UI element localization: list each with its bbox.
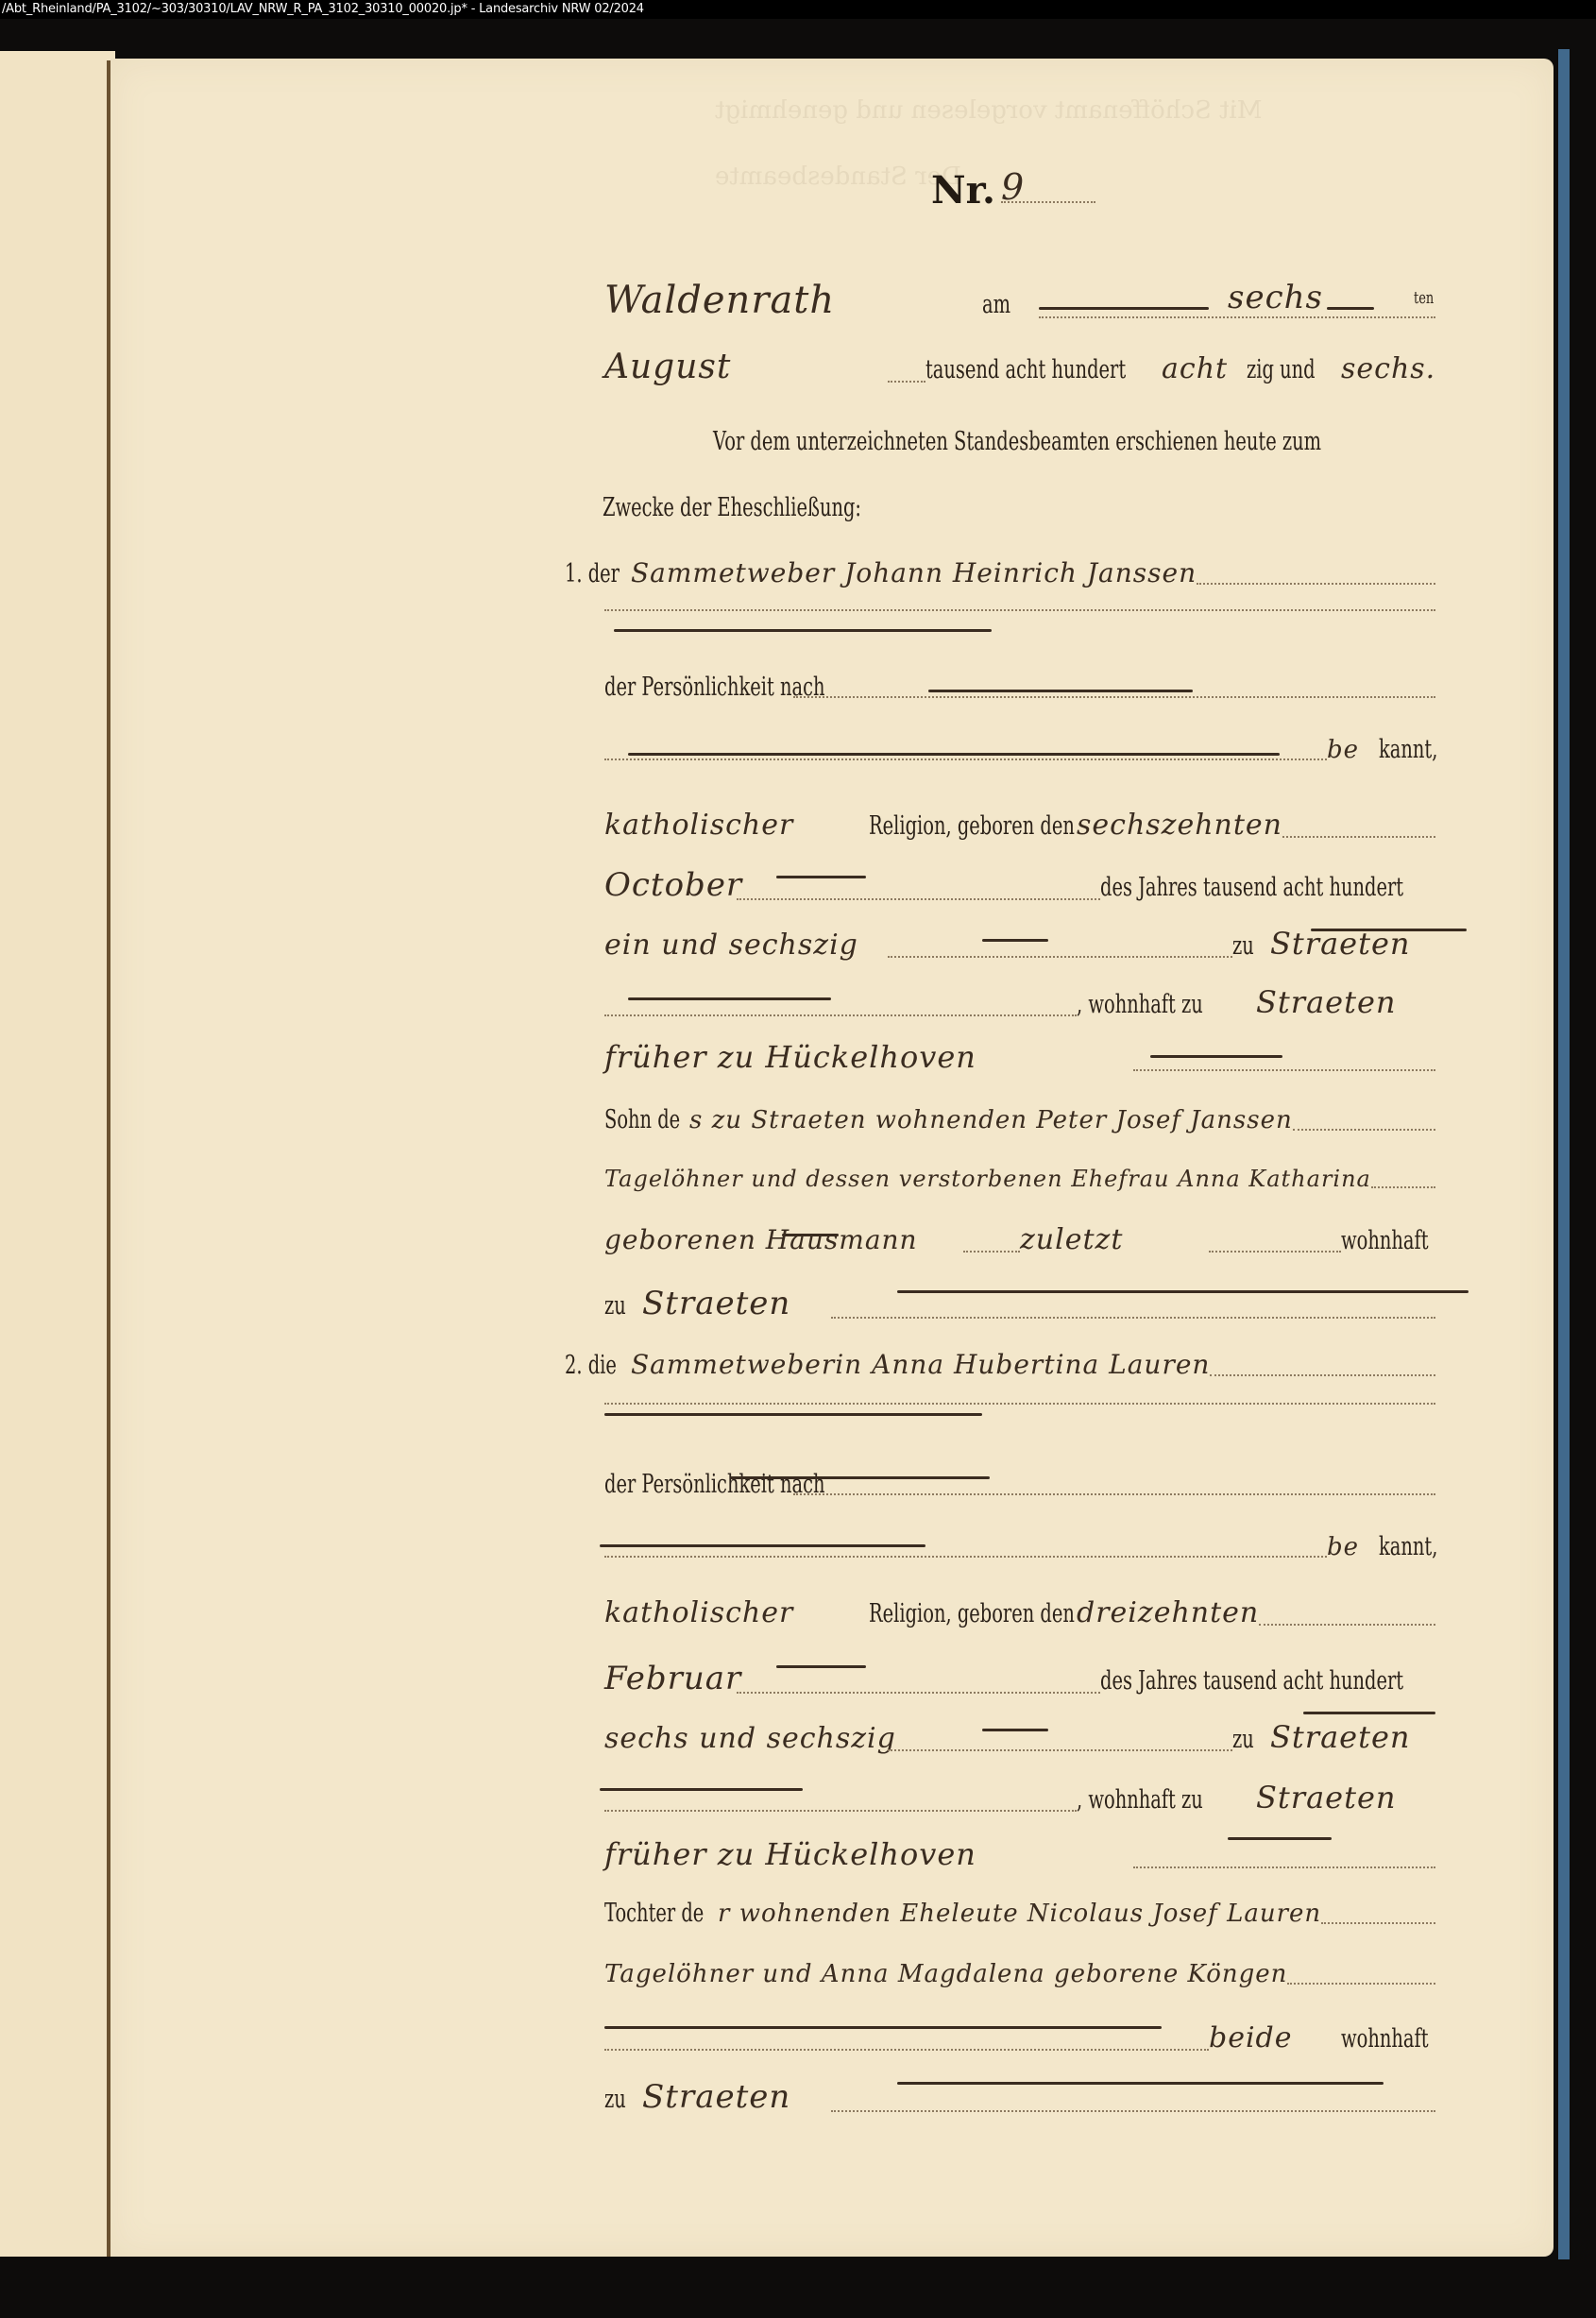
filler-dash	[776, 876, 866, 878]
person-2-religion-line: katholischer Religion, geboren den dreiz…	[604, 1596, 1435, 1629]
known-value: be	[1327, 736, 1379, 764]
dotted-line	[1197, 582, 1435, 585]
parents-residence-value: Straeten	[642, 1285, 831, 1322]
parents-text-2: Tagelöhner und dessen verstorbenen Ehefr…	[604, 1166, 1371, 1192]
birth-year-value: ein und sechszig	[604, 929, 888, 962]
intro-line-1: Vor dem unterzeichneten Standesbeamten e…	[713, 427, 1558, 456]
previous-residence-value: früher zu Hückelhoven	[604, 1039, 1133, 1075]
window-title-bar: /Abt_Rheinland/PA_3102/~303/30310/LAV_NR…	[0, 0, 1596, 19]
person-1-previous-residence-line: früher zu Hückelhoven	[604, 1039, 1435, 1075]
birth-place-value: Straeten	[1270, 1719, 1435, 1755]
day-value: sechs	[1228, 279, 1323, 316]
dotted-line	[1287, 1982, 1435, 1985]
dotted-line	[1209, 1250, 1341, 1253]
person-1-name-line: 1. der Sammetweber Johann Heinrich Janss…	[565, 557, 1435, 588]
dotted-line	[793, 1492, 1435, 1495]
year-unit-value: sechs.	[1341, 352, 1426, 385]
parents-text-1: s zu Straeten wohnenden Peter Josef Jans…	[689, 1106, 1293, 1134]
parents-residence-label: wohnhaft	[1341, 1226, 1409, 1255]
birth-day-value: dreizehnten	[1077, 1596, 1259, 1629]
filler-dash	[600, 1788, 803, 1791]
identity-label: der Persönlichkeit nach	[604, 673, 740, 702]
dotted-line	[888, 380, 925, 383]
dotted-line	[1293, 1128, 1435, 1131]
dotted-line	[604, 1555, 1327, 1558]
dotted-line	[1282, 835, 1435, 838]
filler-dash	[982, 1729, 1048, 1731]
bleed-through-text: Der Standesbeamte	[715, 162, 961, 191]
dotted-line	[831, 2109, 1435, 2112]
parents-status: beide	[1209, 2021, 1341, 2054]
parents-residence-prefix: zu	[604, 2085, 632, 2114]
person-2-parents-line-1: Tochter de r wohnenden Eheleute Nicolaus…	[604, 1899, 1435, 1928]
person-2-residence-line: , wohnhaft zu Straeten	[604, 1780, 1435, 1815]
year-decade-value: acht	[1162, 352, 1247, 385]
birth-day-value: sechszehnten	[1077, 809, 1282, 842]
year-printed-2: zig und	[1247, 355, 1315, 384]
residence-label: , wohnhaft zu	[1077, 990, 1206, 1019]
dotted-line	[1210, 1373, 1435, 1376]
person-1-religion-line: katholischer Religion, geboren den sechs…	[604, 809, 1435, 842]
filler-dash	[604, 1413, 982, 1416]
dotted-line	[604, 1402, 1435, 1405]
filler-dash	[1327, 307, 1374, 310]
known-label: kannt,	[1379, 735, 1419, 764]
person-1-known-line: be kannt,	[604, 735, 1435, 764]
filler-dash	[1303, 1712, 1435, 1714]
birth-year-label: des Jahres tausend acht hundert	[1100, 1666, 1342, 1696]
person-2-name-line: 2. die Sammetweberin Anna Hubertina Laur…	[565, 1349, 1435, 1380]
filler-dash	[1311, 929, 1467, 931]
dotted-line	[604, 2048, 1209, 2051]
parents-residence-prefix: zu	[604, 1291, 632, 1321]
filler-dash	[928, 690, 1193, 692]
dotted-line	[888, 955, 1232, 958]
left-page	[0, 51, 115, 2257]
person-1-identity-line: der Persönlichkeit nach	[604, 673, 1435, 702]
residence-label: , wohnhaft zu	[1077, 1785, 1206, 1815]
dotted-line	[604, 1809, 1077, 1812]
dotted-line	[737, 897, 1100, 900]
previous-residence-value: früher zu Hückelhoven	[604, 1836, 1133, 1872]
person-2-birth-year-line: sechs und sechszig zu Straeten	[604, 1719, 1435, 1755]
filler-dash	[897, 2082, 1384, 2085]
religion-label: Religion, geboren den	[869, 1599, 1018, 1628]
filler-dash	[730, 1476, 990, 1479]
bleed-through-text: Mit Schöffenamt vorgelesen und genehmigt	[715, 96, 1263, 125]
parents-text-2: Tagelöhner und Anna Magdalena geborene K…	[604, 1960, 1287, 1988]
dotted-line	[831, 1316, 1435, 1319]
birth-place-label: zu	[1232, 931, 1260, 961]
window-title: /Abt_Rheinland/PA_3102/~303/30310/LAV_NR…	[2, 2, 644, 16]
dotted-line	[1133, 1866, 1435, 1868]
religion-label: Religion, geboren den	[869, 811, 1018, 841]
month-value: August	[604, 348, 888, 386]
religion-value: katholischer	[604, 809, 869, 842]
person-1-residence-line: , wohnhaft zu Straeten	[604, 984, 1435, 1020]
filler-dash	[776, 1665, 866, 1668]
person-2-birth-month-line: Februar des Jahres tausend acht hundert	[604, 1660, 1435, 1697]
filler-dash	[1039, 307, 1209, 310]
filler-dash	[628, 753, 1280, 756]
filler-dash	[1228, 1837, 1332, 1840]
parents-label: Tochter de	[604, 1899, 686, 1928]
dotted-line	[1133, 1068, 1435, 1071]
person-2-parents-line-2: Tagelöhner und Anna Magdalena geborene K…	[604, 1960, 1435, 1988]
person-1-parents-line-1: Sohn de s zu Straeten wohnenden Peter Jo…	[604, 1105, 1435, 1134]
person-2-previous-residence-line: früher zu Hückelhoven	[604, 1836, 1435, 1872]
intro-line-2: Zwecke der Eheschließung:	[603, 493, 962, 522]
dotted-line	[604, 1014, 1077, 1016]
person-1-name-line-2	[604, 608, 1435, 615]
person-1-name: Sammetweber Johann Heinrich Janssen	[631, 557, 1197, 588]
residence-value: Straeten	[1256, 984, 1435, 1020]
birth-year-label: des Jahres tausend acht hundert	[1100, 873, 1342, 902]
dotted-line	[888, 1748, 1232, 1751]
filler-dash	[604, 2026, 1162, 2029]
parents-residence-value: Straeten	[642, 2078, 831, 2116]
date-line-2: August tausend acht hundert acht zig und…	[604, 348, 1435, 386]
religion-value: katholischer	[604, 1596, 869, 1629]
dotted-line	[604, 758, 1327, 760]
known-label: kannt,	[1379, 1532, 1419, 1561]
binding-edge	[1558, 49, 1570, 2259]
dotted-line	[963, 1250, 1020, 1253]
dotted-line	[1321, 1921, 1435, 1924]
filler-dash	[1150, 1055, 1282, 1058]
dotted-line	[793, 695, 1435, 698]
person-2-name-line-2	[604, 1402, 1435, 1408]
dotted-line	[604, 608, 1435, 611]
identity-label: der Persönlichkeit nach	[604, 1470, 740, 1499]
record-number-label: Nr.	[931, 168, 995, 213]
person-2-number: 2. die	[565, 1351, 612, 1380]
filler-dash	[600, 1544, 925, 1547]
parents-label: Sohn de	[604, 1105, 666, 1134]
birth-place-label: zu	[1232, 1725, 1260, 1754]
am-label: am	[982, 290, 1023, 319]
parents-text-3: geborenen Hausmann	[604, 1224, 963, 1255]
known-value: be	[1327, 1533, 1379, 1561]
person-1-parents-line-3: geborenen Hausmann zuletzt wohnhaft	[604, 1223, 1435, 1256]
dotted-line	[737, 1691, 1100, 1694]
person-1-birth-month-line: October des Jahres tausend acht hundert	[604, 866, 1435, 904]
person-2-identity-line: der Persönlichkeit nach	[604, 1470, 1435, 1499]
intro-text-2: Zwecke der Eheschließung:	[603, 493, 861, 522]
intro-text-1: Vor dem unterzeichneten Standesbeamten e…	[713, 427, 1321, 456]
filler-dash	[897, 1290, 1469, 1293]
dotted-line	[1259, 1623, 1435, 1626]
birth-month-value: October	[604, 866, 737, 904]
parents-status: zuletzt	[1020, 1223, 1209, 1256]
person-1-number: 1. der	[565, 559, 612, 588]
residence-value: Straeten	[1256, 1780, 1435, 1815]
parents-text-1: r wohnenden Eheleute Nicolaus Josef Laur…	[718, 1900, 1321, 1928]
birth-month-value: Februar	[604, 1660, 737, 1697]
filler-dash	[614, 629, 992, 632]
person-2-name: Sammetweberin Anna Hubertina Lauren	[631, 1349, 1210, 1380]
place-value: Waldenrath	[604, 279, 982, 322]
year-printed-1: tausend acht hundert	[925, 355, 1095, 384]
dotted-line	[1371, 1185, 1435, 1188]
dotted-line	[1001, 201, 1095, 203]
filler-dash	[782, 1234, 839, 1236]
birth-year-value: sechs und sechszig	[604, 1722, 888, 1755]
filler-dash	[628, 997, 831, 1000]
person-1-parents-line-2: Tagelöhner und dessen verstorbenen Ehefr…	[604, 1166, 1435, 1192]
ten-suffix: ten	[1414, 288, 1434, 308]
parents-residence-label: wohnhaft	[1341, 2024, 1409, 2054]
filler-dash	[982, 939, 1048, 942]
